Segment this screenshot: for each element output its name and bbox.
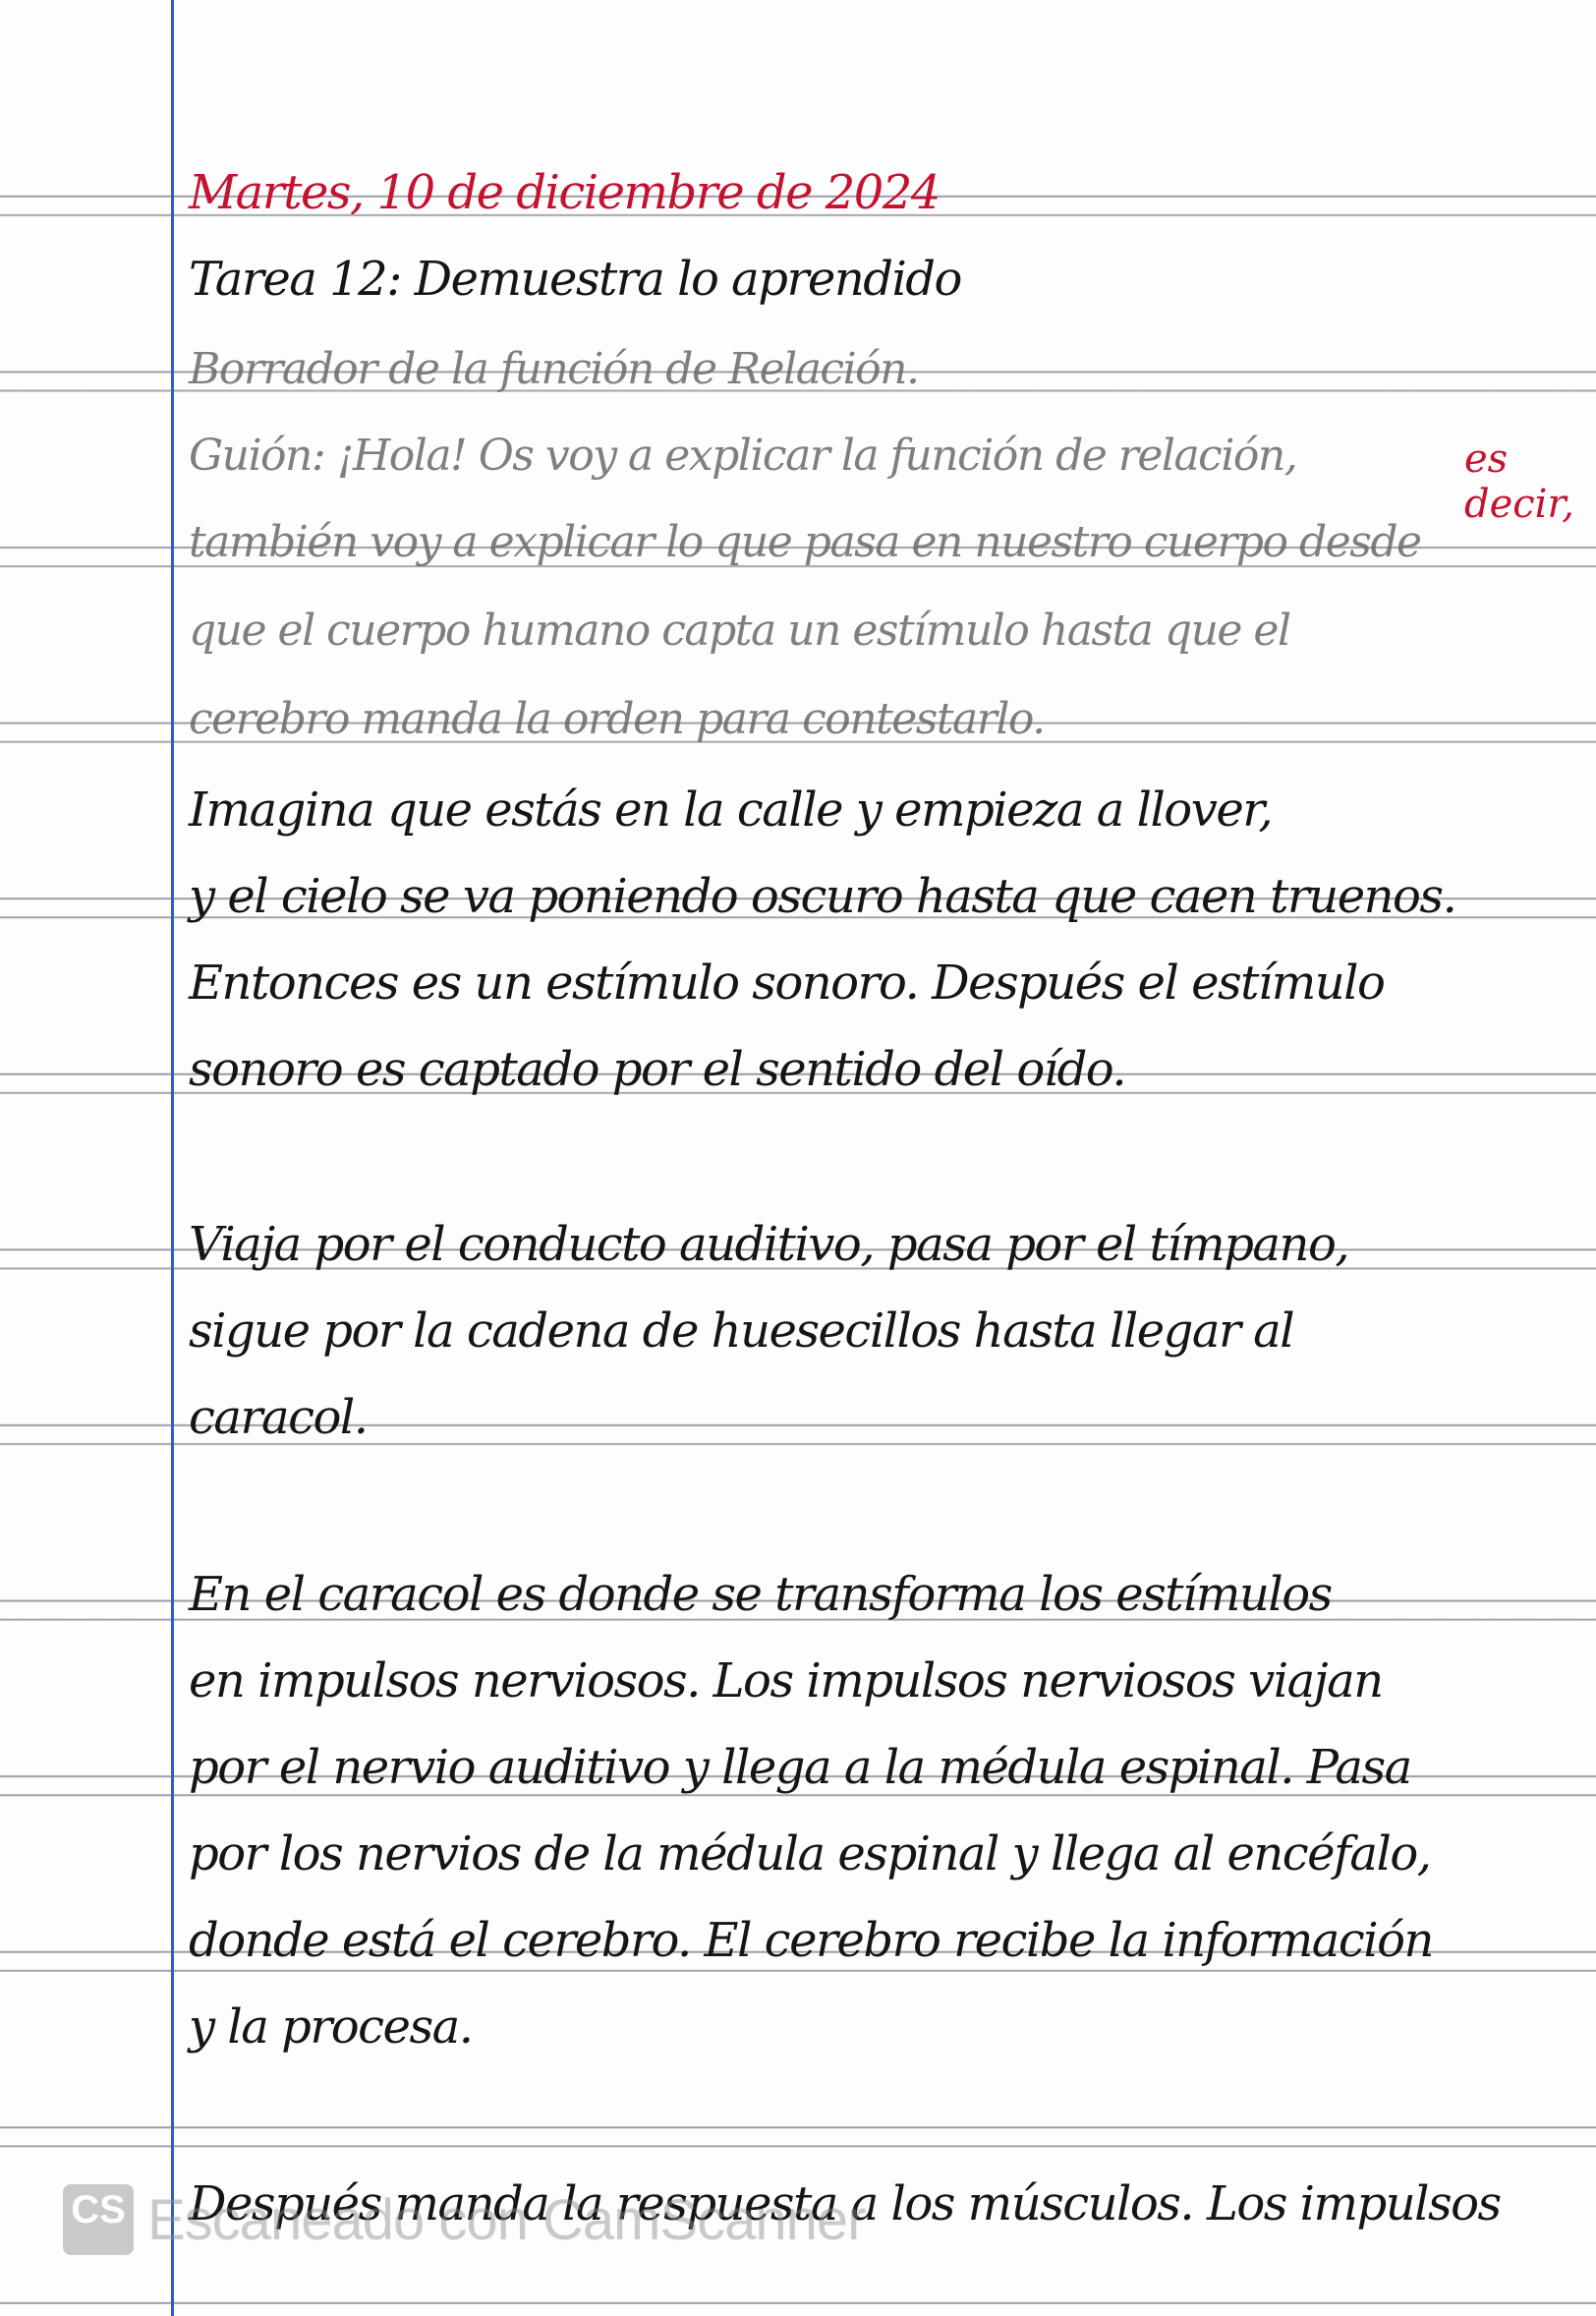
draft-line: cerebro manda la orden para contestarlo. [189,694,1045,744]
task-title: Tarea 12: Demuestra lo aprendido [189,252,961,307]
notebook-page: Martes, 10 de diciembre de 2024 Tarea 12… [0,0,1596,2316]
draft-line: que el cuerpo humano capta un estímulo h… [189,606,1290,656]
page-top-margin [0,0,1596,187]
draft-line-text: también voy a explicar lo que pasa en nu… [189,517,1421,567]
draft-line: también voy a explicar lo que pasa en nu… [189,517,1421,567]
paragraph-3-line: donde está el cerebro. El cerebro recibe… [189,1913,1433,1968]
draft-line: Guión: ¡Hola! Os voy a explicar la funci… [189,431,1296,481]
camscanner-logo-icon: CS [63,2184,134,2255]
paragraph-2-line: sigue por la cadena de huesecillos hasta… [189,1303,1293,1359]
paragraph-2-line: caracol. [189,1390,367,1445]
paragraph-1-line: sonoro es captado por el sentido del oíd… [189,1042,1125,1097]
paragraph-3-line: por el nervio auditivo y llega a la médu… [189,1740,1411,1795]
paragraph-2-line: Viaja por el conducto auditivo, pasa por… [189,1217,1348,1272]
date-line: Martes, 10 de diciembre de 2024 [189,165,940,220]
camscanner-watermark: CS Escaneado con CamScanner [63,2184,865,2255]
paragraph-1-line: Imagina que estás en la calle y empieza … [189,782,1272,838]
draft-heading: Borrador de la función de Relación. [189,344,918,394]
paragraph-3-line: en impulsos nerviosos. Los impulsos nerv… [189,1653,1383,1708]
paragraph-3-line: y la procesa. [189,1999,472,2055]
paragraph-1-line: Entonces es un estímulo sonoro. Después … [189,955,1384,1011]
margin-line [171,0,174,2316]
correction-annotation: es decir, [1464,436,1596,527]
paragraph-1-line: y el cielo se va poniendo oscuro hasta q… [189,869,1455,924]
watermark-text: Escaneado con CamScanner [147,2187,865,2253]
paragraph-3-line: por los nervios de la médula espinal y l… [189,1826,1430,1882]
paragraph-3-line: En el caracol es donde se transforma los… [189,1567,1332,1622]
